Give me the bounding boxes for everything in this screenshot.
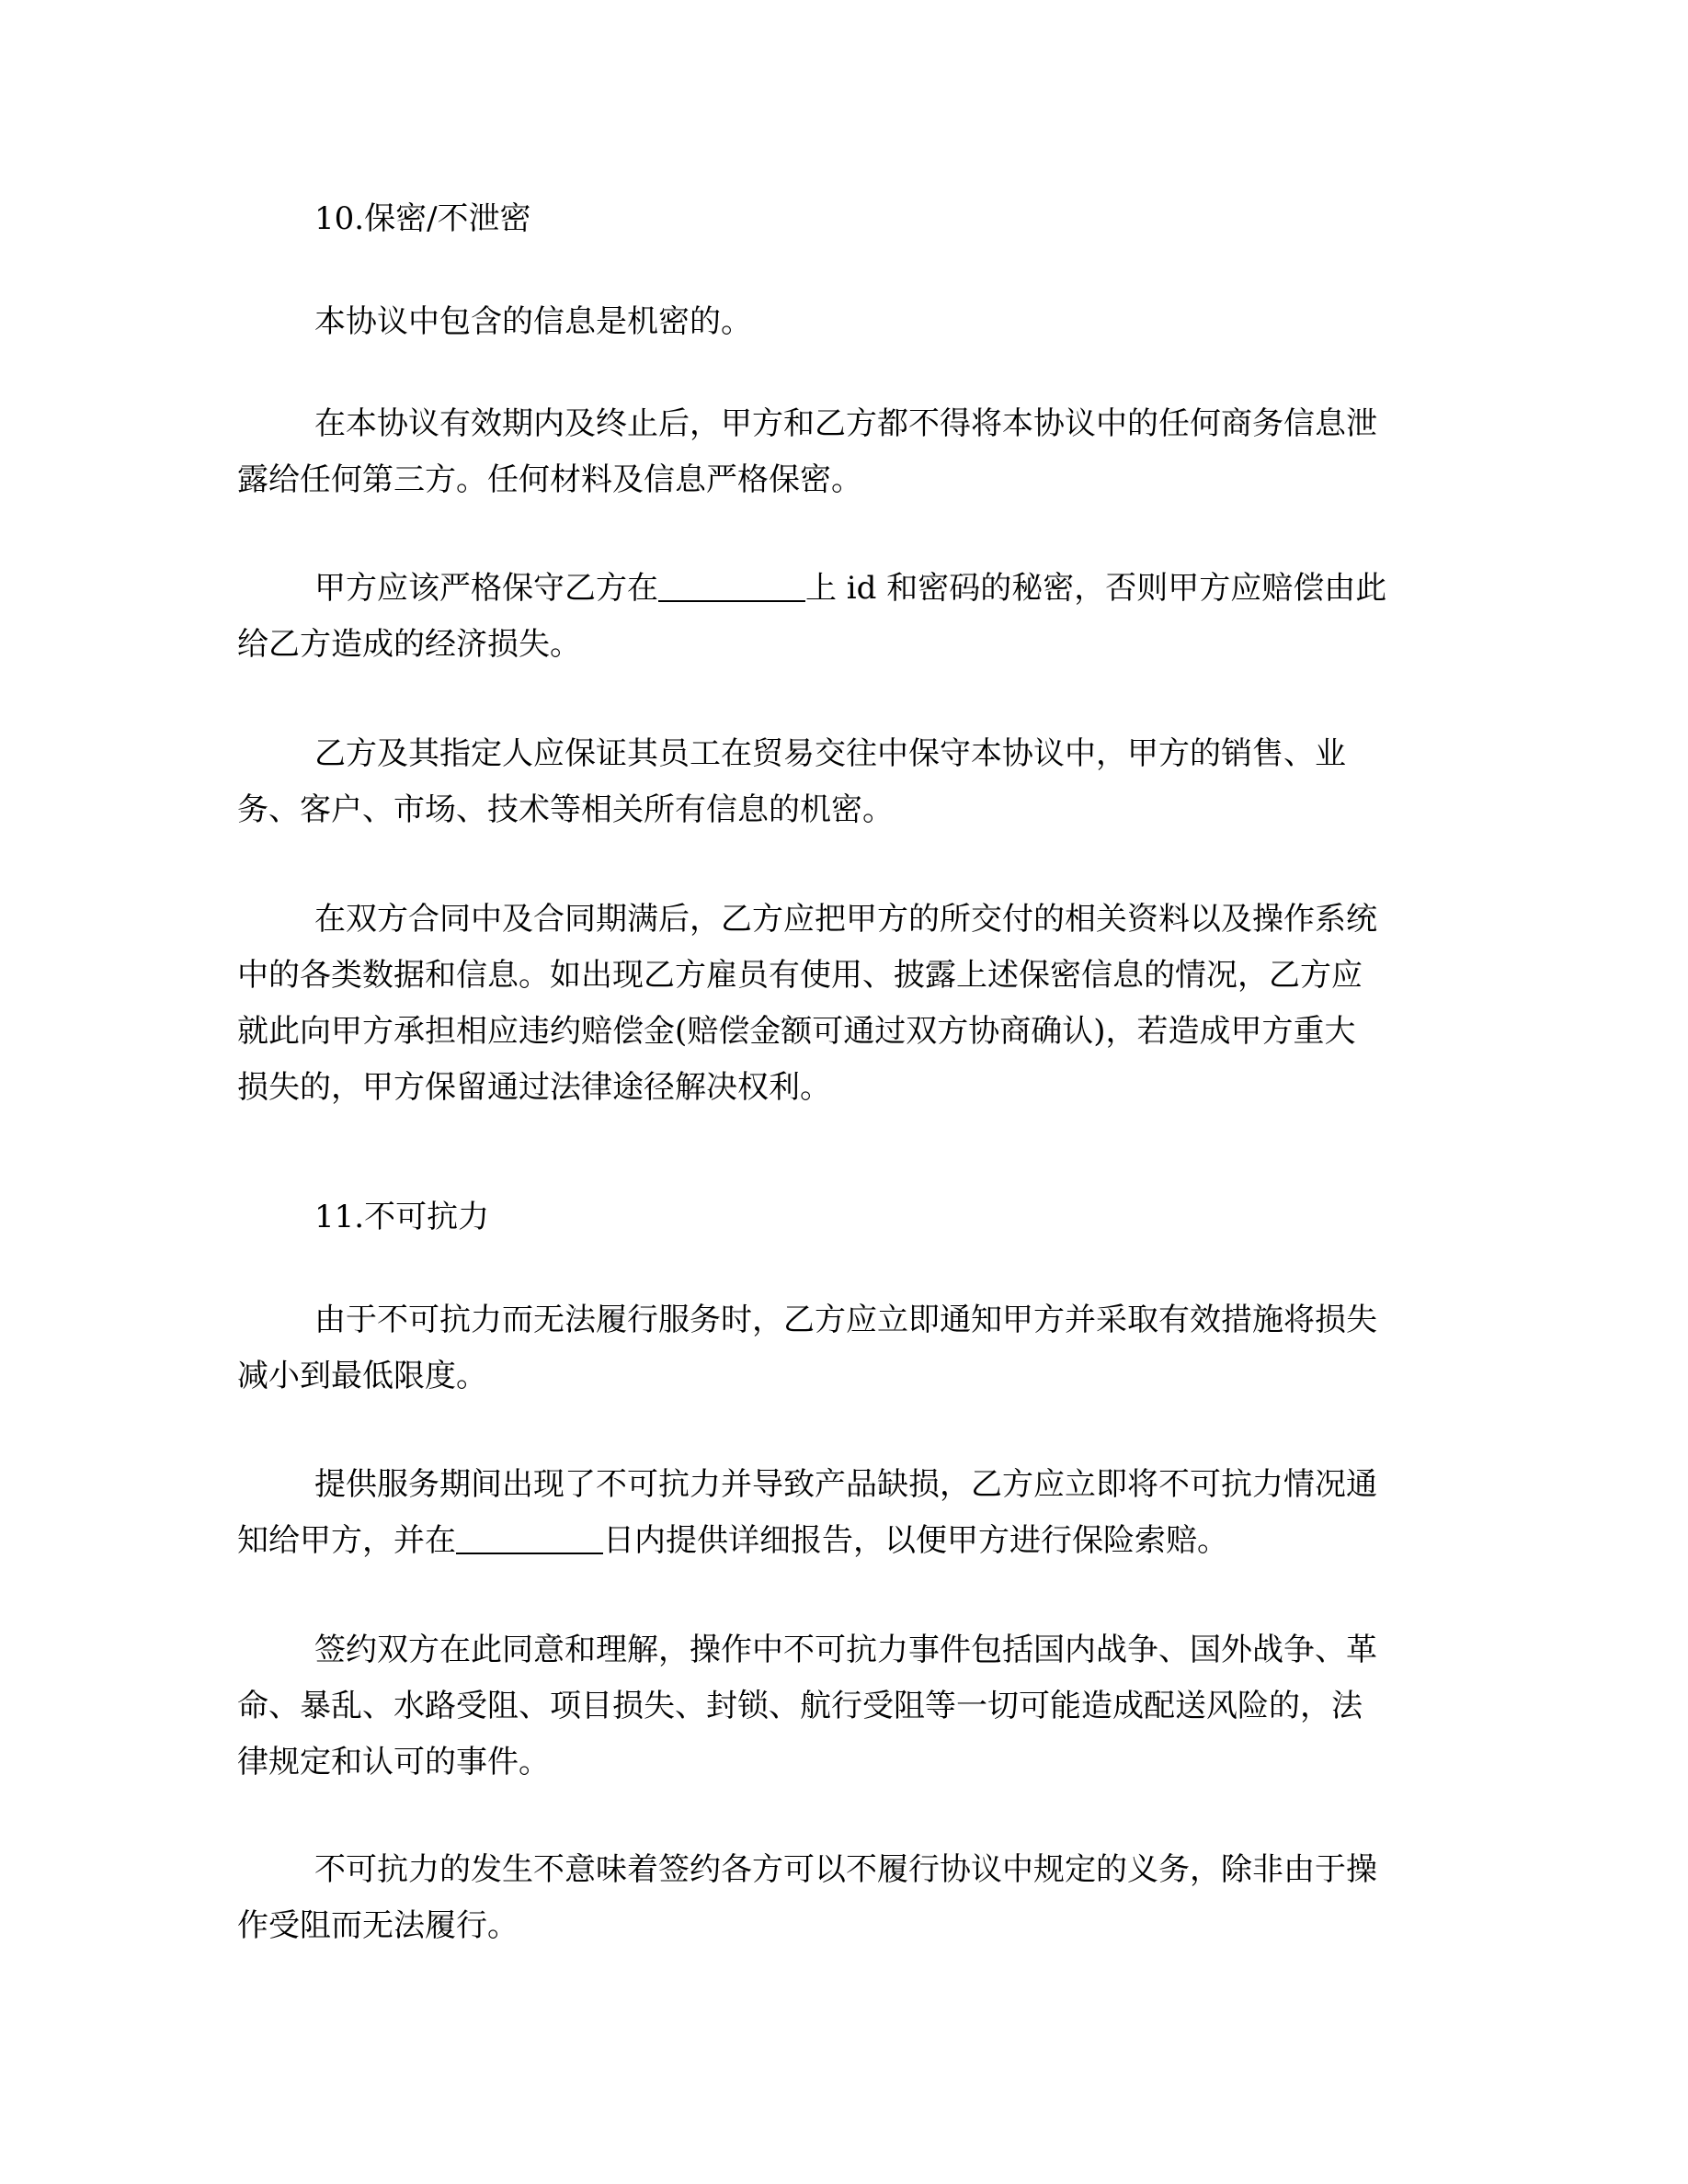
line-text-after-blank: 上 id 和密码的秘密，否则甲方应赔偿由此 bbox=[805, 570, 1386, 607]
paragraph-line: 提供服务期间出现了不可抗力并导致产品缺损，乙方应立即将不可抗力情况通 bbox=[237, 1457, 1451, 1513]
paragraph-confidential-info: 本协议中包含的信息是机密的。 bbox=[237, 294, 1451, 350]
paragraph-line: 务、客户、市场、技术等相关所有信息的机密。 bbox=[237, 782, 1451, 838]
heading-text: 10.保密/不泄密 bbox=[237, 191, 1451, 247]
heading-text: 11.不可抗力 bbox=[237, 1189, 1451, 1246]
paragraph-line: 乙方及其指定人应保证其员工在贸易交往中保守本协议中，甲方的销售、业 bbox=[237, 726, 1451, 782]
paragraph-line: 签约双方在此同意和理解，操作中不可抗力事件包括国内战争、国外战争、革 bbox=[237, 1622, 1451, 1678]
paragraph-line: 由于不可抗力而无法履行服务时，乙方应立即通知甲方并采取有效措施将损失 bbox=[237, 1292, 1451, 1348]
paragraph-line: 给乙方造成的经济损失。 bbox=[237, 617, 1451, 673]
paragraph-employee-confidentiality: 乙方及其指定人应保证其员工在贸易交往中保守本协议中，甲方的销售、业 务、客户、市… bbox=[237, 726, 1451, 838]
paragraph-line: 中的各类数据和信息。如出现乙方雇员有使用、披露上述保密信息的情况，乙方应 bbox=[237, 948, 1451, 1004]
paragraph-line: 甲方应该严格保守乙方在上 id 和密码的秘密，否则甲方应赔偿由此 bbox=[237, 561, 1451, 617]
paragraph-line: 作受阻而无法履行。 bbox=[237, 1898, 1451, 1954]
paragraph-id-password: 甲方应该严格保守乙方在上 id 和密码的秘密，否则甲方应赔偿由此 给乙方造成的经… bbox=[237, 561, 1451, 673]
paragraph-line: 损失的，甲方保留通过法律途径解决权利。 bbox=[237, 1060, 1451, 1116]
line-text-after-blank: 日内提供详细报告，以便甲方进行保险索赔。 bbox=[603, 1522, 1228, 1559]
paragraph-line: 律规定和认可的事件。 bbox=[237, 1735, 1451, 1791]
line-text-before-blank: 甲方应该严格保守乙方在 bbox=[314, 570, 658, 607]
paragraph-line: 本协议中包含的信息是机密的。 bbox=[237, 294, 1451, 350]
paragraph-force-majeure-events: 签约双方在此同意和理解，操作中不可抗力事件包括国内战争、国外战争、革 命、暴乱、… bbox=[237, 1622, 1451, 1791]
paragraph-line: 命、暴乱、水路受阻、项目损失、封锁、航行受阻等一切可能造成配送风险的，法 bbox=[237, 1678, 1451, 1735]
paragraph-no-disclosure: 在本协议有效期内及终止后，甲方和乙方都不得将本协议中的任何商务信息泄 露给任何第… bbox=[237, 396, 1451, 508]
paragraph-report-insurance: 提供服务期间出现了不可抗力并导致产品缺损，乙方应立即将不可抗力情况通 知给甲方，… bbox=[237, 1457, 1451, 1569]
paragraph-line: 不可抗力的发生不意味着签约各方可以不履行协议中规定的义务，除非由于操 bbox=[237, 1842, 1451, 1898]
line-text-before-blank: 知给甲方，并在 bbox=[237, 1522, 456, 1559]
section-heading-force-majeure: 11.不可抗力 bbox=[237, 1189, 1451, 1246]
paragraph-line: 就此向甲方承担相应违约赔偿金(赔偿金额可通过双方协商确认)，若造成甲方重大 bbox=[237, 1004, 1451, 1060]
paragraph-line: 露给任何第三方。任何材料及信息严格保密。 bbox=[237, 452, 1451, 508]
paragraph-line: 减小到最低限度。 bbox=[237, 1348, 1451, 1405]
paragraph-line: 在本协议有效期内及终止后，甲方和乙方都不得将本协议中的任何商务信息泄 bbox=[237, 396, 1451, 452]
section-heading-confidentiality: 10.保密/不泄密 bbox=[237, 191, 1451, 247]
fill-in-blank bbox=[456, 1516, 603, 1554]
paragraph-line: 在双方合同中及合同期满后，乙方应把甲方的所交付的相关资料以及操作系统 bbox=[237, 892, 1451, 948]
fill-in-blank bbox=[658, 563, 805, 602]
paragraph-notify-mitigate: 由于不可抗力而无法履行服务时，乙方应立即通知甲方并采取有效措施将损失 减小到最低… bbox=[237, 1292, 1451, 1405]
paragraph-contract-expiry: 在双方合同中及合同期满后，乙方应把甲方的所交付的相关资料以及操作系统 中的各类数… bbox=[237, 892, 1451, 1116]
paragraph-line: 知给甲方，并在日内提供详细报告，以便甲方进行保险索赔。 bbox=[237, 1513, 1451, 1569]
paragraph-obligations: 不可抗力的发生不意味着签约各方可以不履行协议中规定的义务，除非由于操 作受阻而无… bbox=[237, 1842, 1451, 1954]
